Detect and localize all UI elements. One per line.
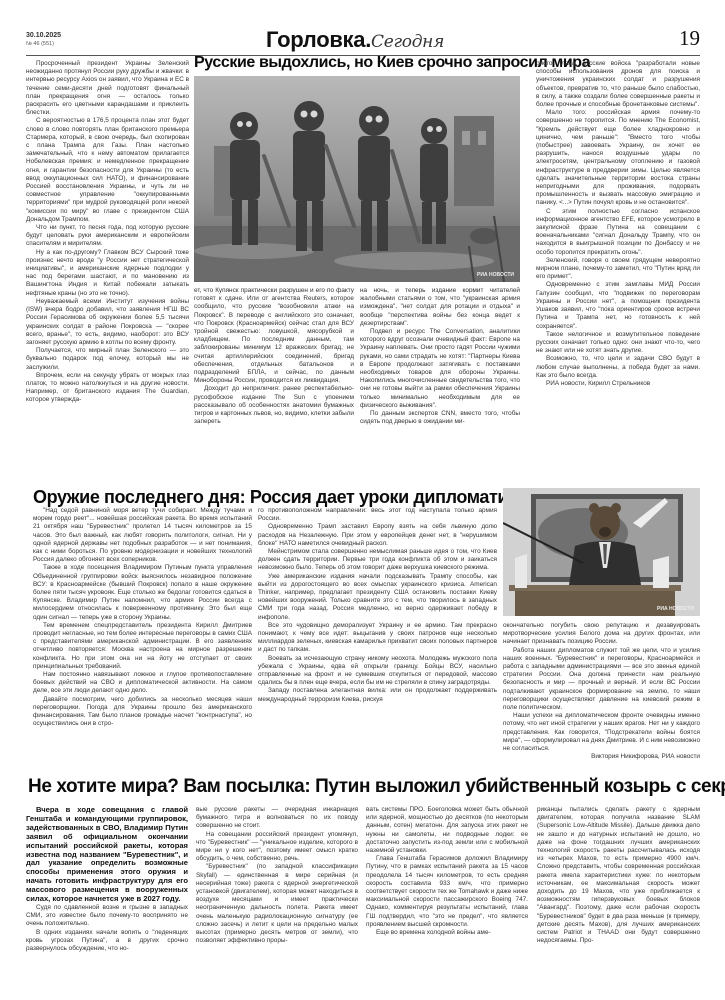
- paragraph: "Над седой равниной моря ветер тучи соби…: [33, 507, 252, 564]
- article-1-col-2: ет, что Купянск практически разрушен и е…: [194, 287, 354, 426]
- paragraph: Ну а как по-другому? Главком ВСУ Сырский…: [26, 249, 189, 298]
- article-2-col-1: "Над седой равниной моря ветер тучи соби…: [33, 507, 252, 728]
- paragraph: вать системы ПРО. Боеголовка может быть …: [366, 806, 528, 855]
- masthead: 30.10.2025 № 46 (551) Горловка.Сегодня 1…: [26, 30, 700, 52]
- article-1-photo: РИА НОВОСТИ: [194, 76, 520, 282]
- paragraph: Подвел и ресурс The Conversation, аналит…: [360, 328, 520, 410]
- paragraph: Одновременно Трамп заставил Европу взять…: [258, 523, 497, 548]
- paragraph: Возможно, то, что цели и задачи СВО буду…: [536, 355, 700, 380]
- paragraph: С этим полностью согласно испанское инфо…: [536, 208, 700, 257]
- article-2-col-2: го противоположном направлении: весь это…: [258, 507, 497, 704]
- paragraph: Доходит до неприличия: ранее респектабел…: [194, 385, 354, 426]
- article-1-col-3: на ночь, и теперь издание кормит читател…: [360, 287, 520, 426]
- page-number: 19: [679, 26, 700, 51]
- issue-date: 30.10.2025: [26, 32, 61, 39]
- paragraph: "Буревестник" (по западной классификации…: [196, 863, 358, 945]
- photo-credit: РИА НОВОСТИ: [657, 606, 694, 612]
- paragraph: окончательно погубить свою репутацию и д…: [503, 622, 700, 647]
- paragraph: вые русские ракеты — очередная инкарнаци…: [196, 806, 358, 831]
- paragraph: Что ни пункт, то песня года, под которую…: [26, 224, 189, 249]
- paragraph: Работа наших дипломатов служит той же це…: [503, 647, 700, 713]
- paragraph: Нам постоянно навязывают ложное и глупое…: [33, 671, 252, 696]
- paragraph: Впрочем, если на секунду убрать от мокры…: [26, 372, 189, 405]
- article-1-col-1: Просроченный президент Украины Зеленский…: [26, 60, 189, 405]
- paragraph: Наши успехи на дипломатическом фронте оч…: [503, 712, 700, 753]
- paragraph: Получается, что мирный план Зеленского —…: [26, 347, 189, 372]
- paragraph: Мейнстримом стала совершенно немыслимая …: [258, 548, 497, 573]
- article-2-signature: Виктория Никифорова, РИА новости: [503, 753, 700, 761]
- article-1-col-4: рного плана, русские войска "разработали…: [536, 60, 700, 388]
- paragraph: Тем временем спецпредставитель президент…: [33, 622, 252, 671]
- article-3-lead: Вчера в ходе совещания с главой Генштаба…: [26, 806, 188, 904]
- article-3-col-1: Вчера в ходе совещания с главой Генштаба…: [26, 806, 188, 953]
- issue-number: № 46 (551): [26, 41, 54, 47]
- paragraph: Судя по сдавленной возне и грызне в запа…: [26, 904, 188, 929]
- article-3-col-2: вые русские ракеты — очередная инкарнаци…: [196, 806, 358, 945]
- paragraph: Зеленский, говоря о своем грядущем невер…: [536, 257, 700, 282]
- paragraph: Все это чудовищно деморализует Украину и…: [258, 622, 497, 655]
- paragraph: Одновременно с этим замглавы МИД России …: [536, 281, 700, 330]
- paragraph: Также в ходе посещения Владимиром Путины…: [33, 564, 252, 621]
- article-2-col-3: окончательно погубить свою репутацию и д…: [503, 622, 700, 761]
- article-3-col-3: вать системы ПРО. Боеголовка может быть …: [366, 806, 528, 937]
- paragraph: го противоположном направлении: весь это…: [258, 507, 497, 523]
- article-2-headline: Оружие последнего дня: Россия дает уроки…: [33, 487, 519, 508]
- paragraph: Западу поставлена элегантная вилка: или …: [258, 687, 497, 703]
- paragraph: Уже американские издания начали подсказы…: [258, 573, 497, 622]
- article-3-headline: Не хотите мира? Вам посылка: Путин вылож…: [28, 776, 725, 798]
- paragraph: на ночь, и теперь издание кормит читател…: [360, 287, 520, 328]
- paragraph: рного плана, русские войска "разработали…: [536, 60, 700, 109]
- paragraph: Глава Генштаба Герасимов доложил Владими…: [366, 855, 528, 929]
- brand-sub: Сегодня: [371, 32, 444, 52]
- paragraph: Мало того: российская армия почему-то со…: [536, 109, 700, 207]
- paragraph: Такое нелогичное и возмутительное поведе…: [536, 331, 700, 356]
- paragraph: Воевать за исчезающую страну никому неох…: [258, 655, 497, 688]
- soldiers-illustration-icon: [194, 76, 520, 282]
- paragraph: риканцы пытались сделать ракету с ядерны…: [537, 806, 700, 945]
- paragraph: ет, что Купянск практически разрушен и е…: [194, 287, 354, 385]
- paragraph: Неуважаемый всеми Институт изучения войн…: [26, 298, 189, 347]
- article-2-photo: РИА НОВОСТИ: [503, 488, 700, 616]
- photo-credit: РИА НОВОСТИ: [477, 272, 514, 278]
- bear-diplomat-illustration-icon: [503, 488, 700, 616]
- paragraph: Просроченный президент Украины Зеленский…: [26, 60, 189, 117]
- paragraph: С вероятностью в 176,5 процента план это…: [26, 117, 189, 224]
- article-1-headline: Русские выдохлись, но Киев срочно запрос…: [194, 54, 590, 72]
- newspaper-title: Горловка.Сегодня: [266, 27, 444, 53]
- article-1-signature: РИА новости, Кирилл Стрельников: [536, 380, 700, 388]
- paragraph: Еще во времена холодной войны аме-: [366, 929, 528, 937]
- paragraph: По данным экспертов CNN, вместо того, чт…: [360, 410, 520, 426]
- article-3-col-4: риканцы пытались сделать ракету с ядерны…: [537, 806, 700, 945]
- paragraph: В одних изданиях начали вопить о "леденя…: [26, 929, 188, 954]
- brand-main: Горловка: [266, 27, 365, 52]
- paragraph: Давайте посмотрим, чего добились за неск…: [33, 696, 252, 729]
- paragraph: На совещании российский президент упомян…: [196, 831, 358, 864]
